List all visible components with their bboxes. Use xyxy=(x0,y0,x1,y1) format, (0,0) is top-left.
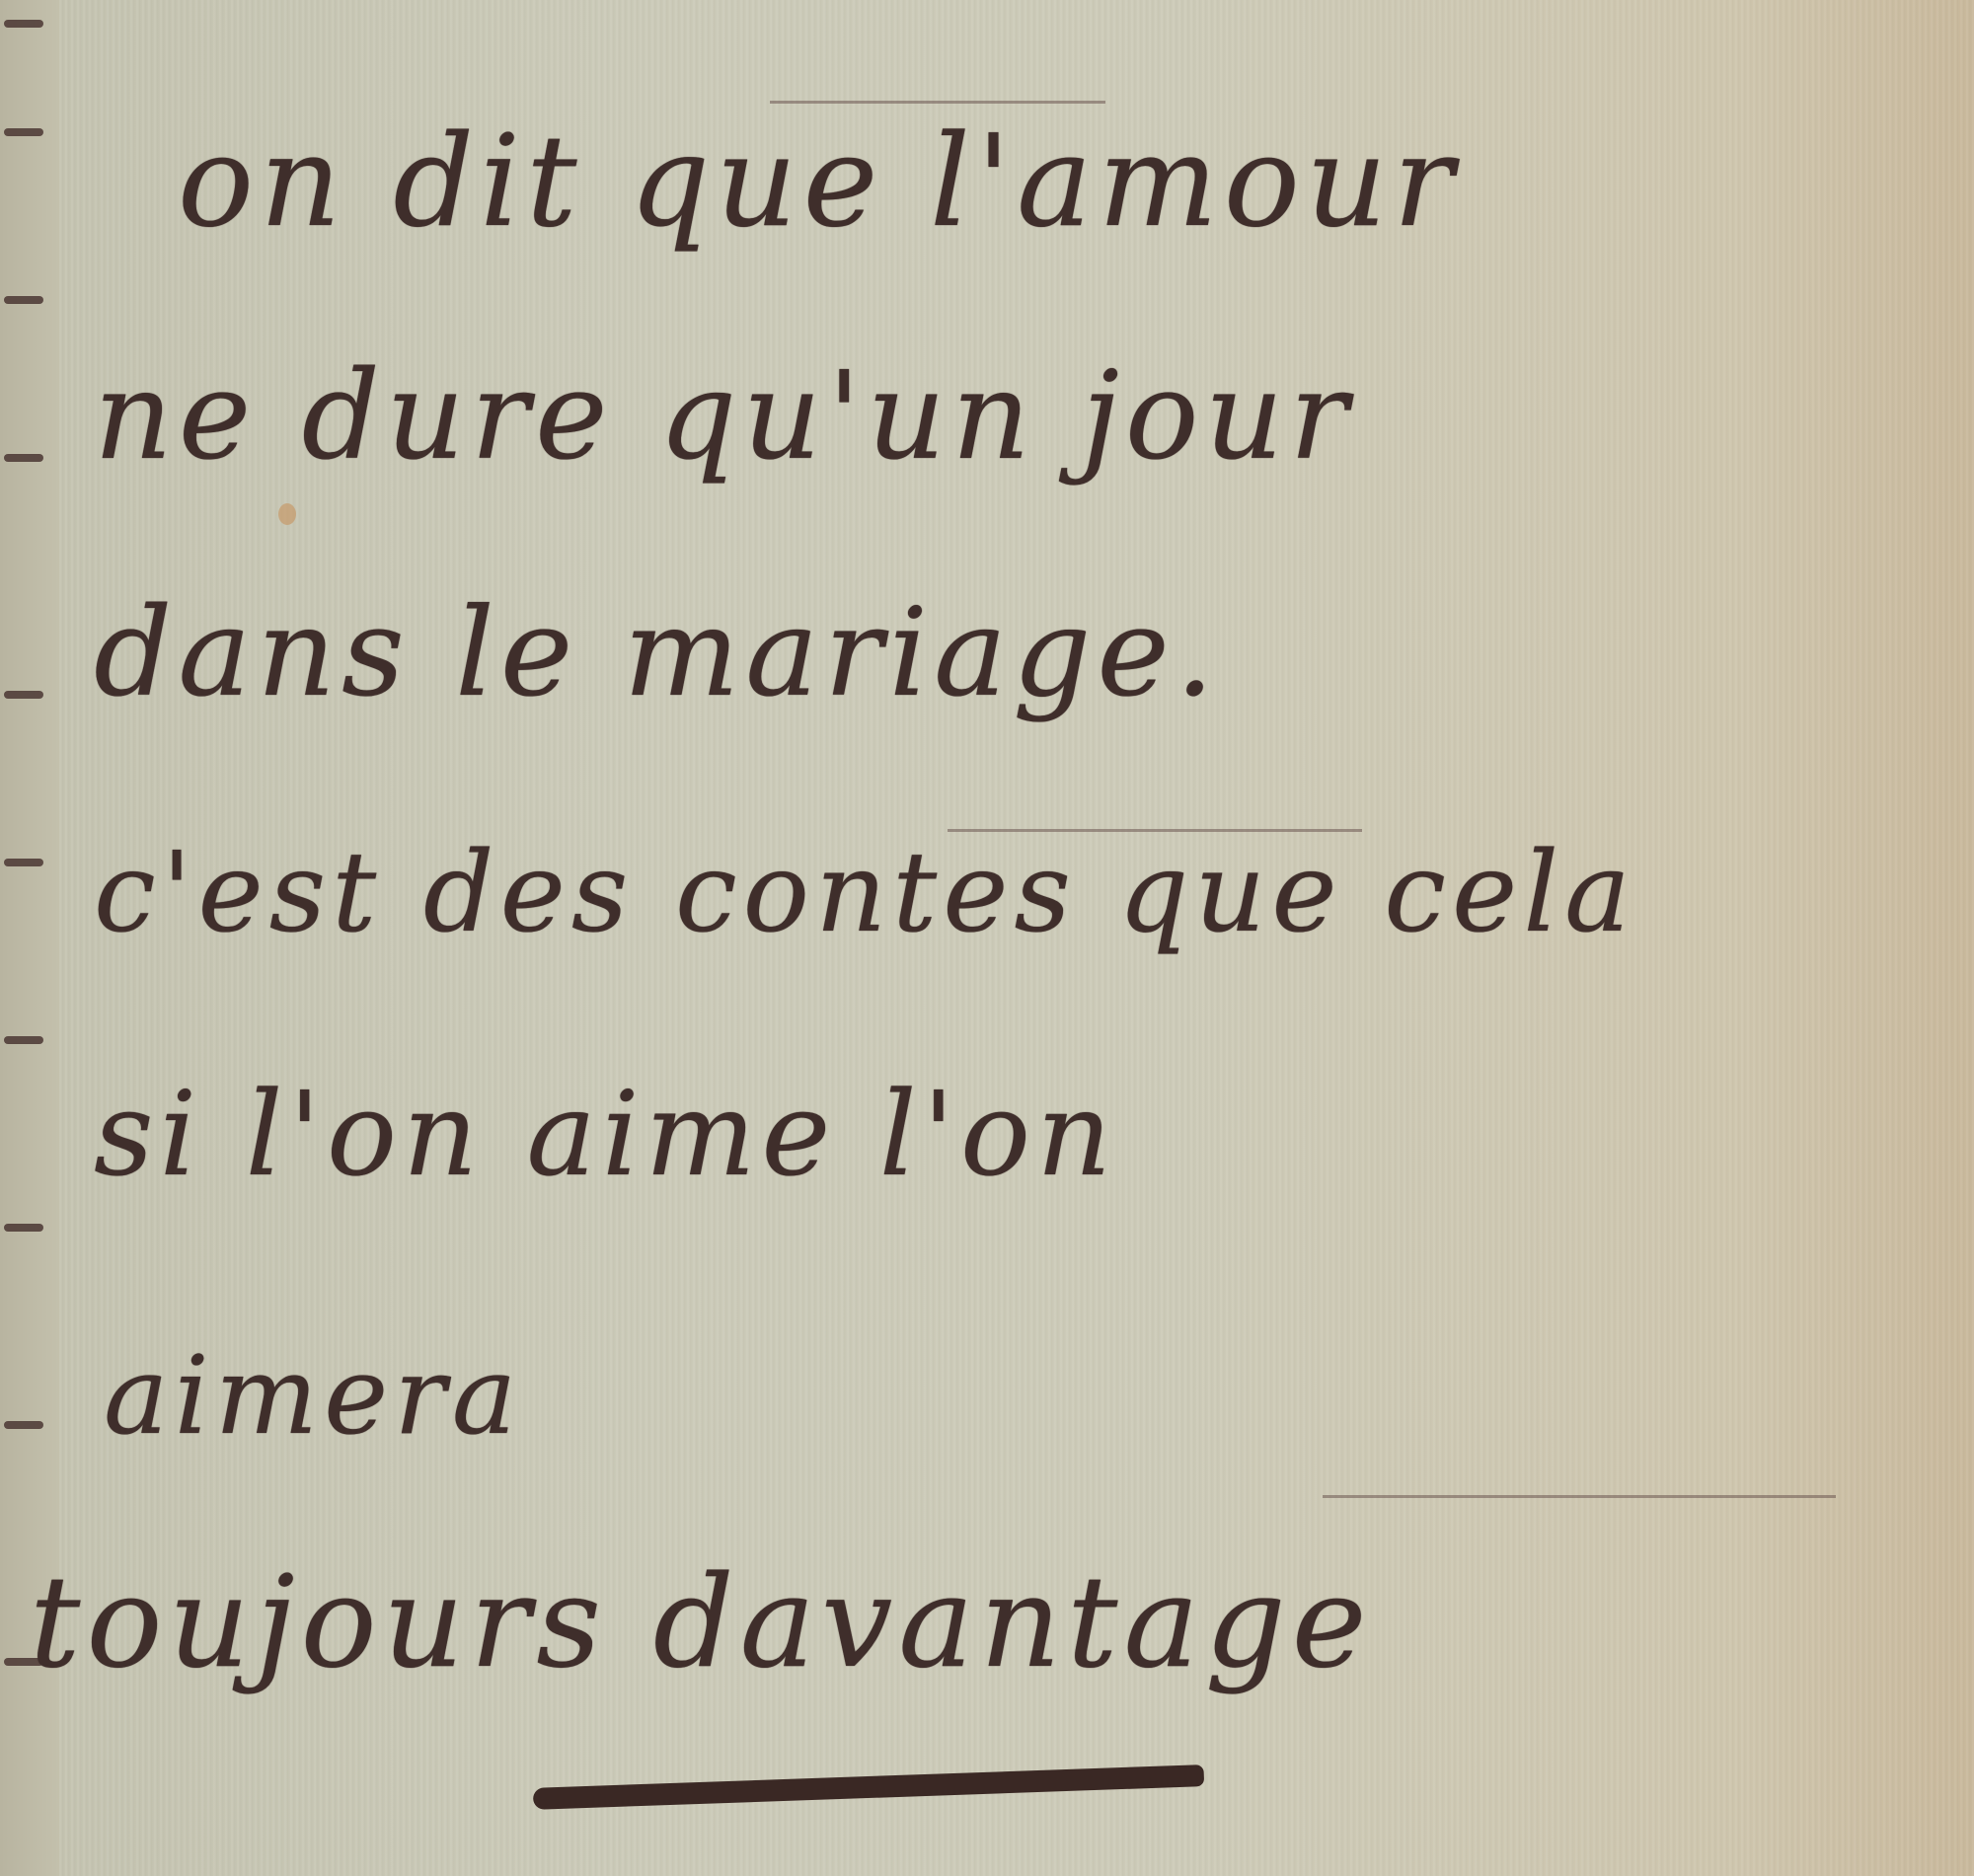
flourish-underline xyxy=(533,1764,1204,1810)
manuscript-page: on dit que l'amour ne dure qu'un jour da… xyxy=(0,0,1974,1876)
manuscript-line-4: c'est des contes que cela xyxy=(94,829,1636,957)
manuscript-line-2: ne dure qu'un jour xyxy=(94,345,1354,488)
ink-dash xyxy=(1323,1495,1836,1498)
margin-ink-mark xyxy=(4,454,43,462)
manuscript-line-7: toujours davantage xyxy=(30,1549,1372,1696)
paper-stain xyxy=(278,503,296,525)
manuscript-line-3: dans le mariage. xyxy=(94,582,1220,724)
margin-ink-mark xyxy=(4,296,43,304)
margin-ink-mark xyxy=(4,128,43,136)
manuscript-line-5: si l'on aime l'on xyxy=(94,1066,1117,1202)
manuscript-line-1: on dit que l'amour xyxy=(178,109,1460,256)
margin-ink-mark xyxy=(4,1036,43,1044)
margin-ink-mark xyxy=(4,859,43,866)
margin-ink-mark xyxy=(4,691,43,699)
margin-ink-mark xyxy=(4,1224,43,1232)
margin-ink-mark xyxy=(4,20,43,28)
manuscript-line-6: aimera xyxy=(104,1332,522,1459)
ink-dash xyxy=(770,101,1105,104)
margin-ink-mark xyxy=(4,1421,43,1429)
